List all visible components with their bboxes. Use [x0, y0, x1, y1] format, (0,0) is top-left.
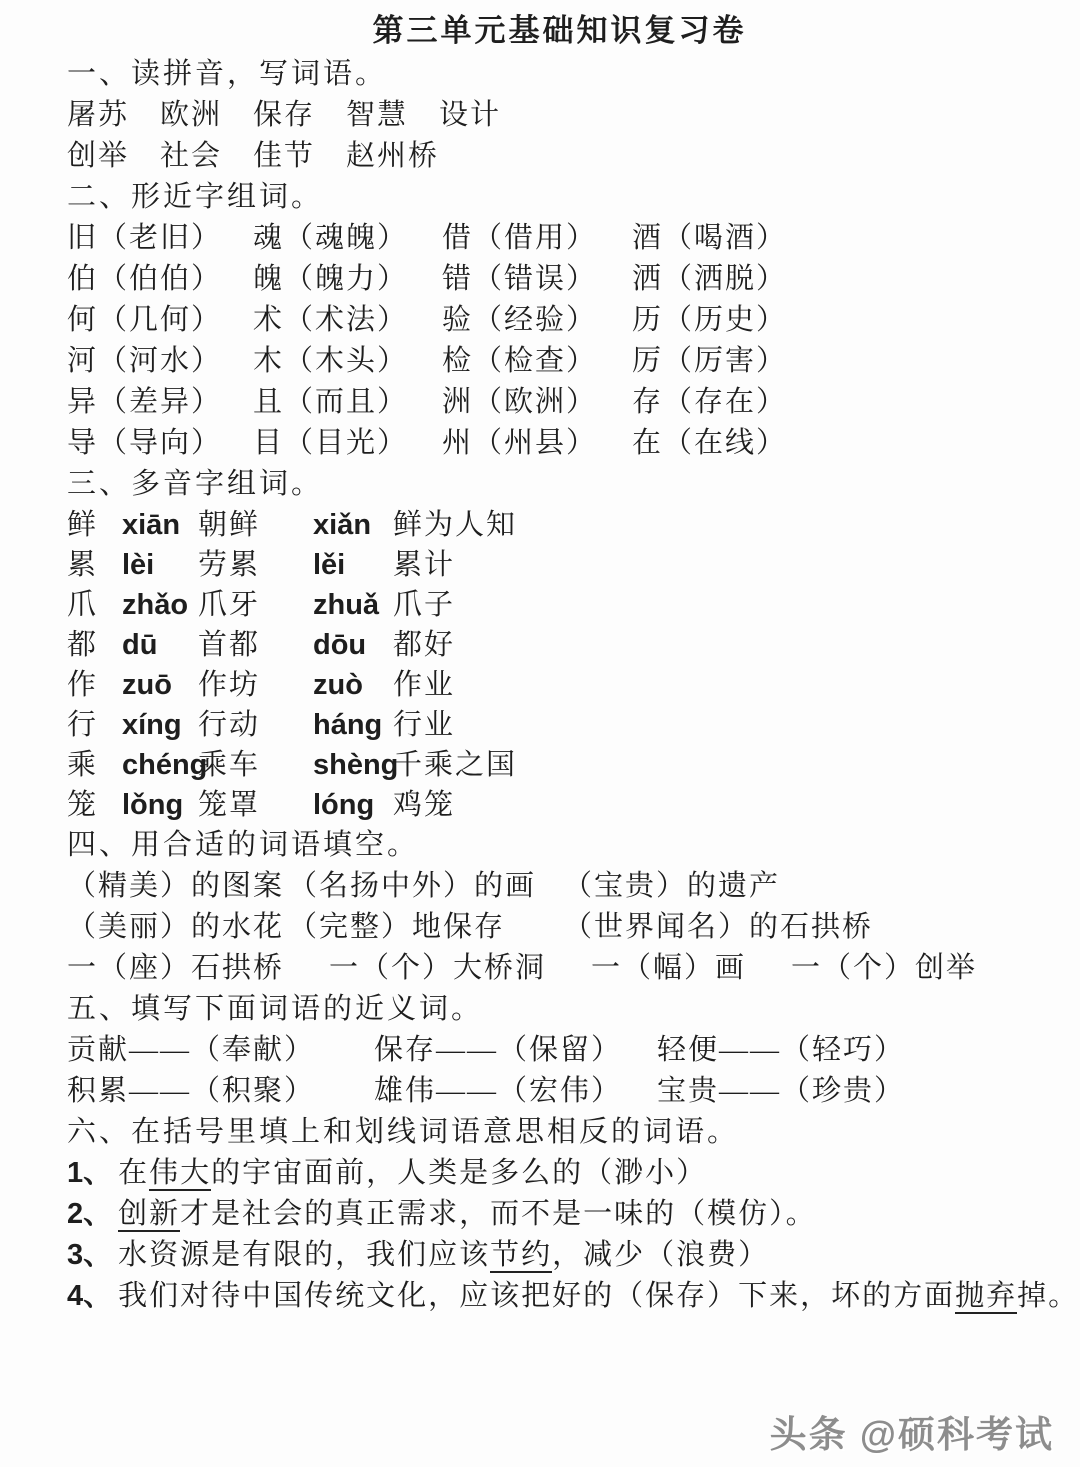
polyphone-row: 作 zuō 作坊 zuò 作业 — [67, 665, 1052, 705]
char-pair-cell: 洒（洒脱） — [632, 259, 1052, 300]
word: 劳累 — [198, 545, 313, 585]
underlined-word: 节约 — [490, 1239, 552, 1273]
section-6-heading: 六、在括号里填上和划线词语意思相反的词语。 — [67, 1112, 1052, 1153]
polyphone-row: 都 dū 首都 dōu 都好 — [67, 625, 1052, 665]
polyphone-char: 作 — [67, 665, 122, 705]
sentence-part: 才是社会的真正需求，而不是一味的（模仿）。 — [180, 1198, 817, 1230]
pinyin: zuò — [313, 665, 393, 705]
pinyin: zuō — [122, 665, 198, 705]
polyphone-char: 乘 — [67, 745, 122, 785]
sentence-number: 1、 — [67, 1153, 112, 1194]
pinyin: zhuǎ — [313, 585, 393, 625]
polyphone-row: 行 xíng 行动 háng 行业 — [67, 705, 1052, 745]
char-pair-cell: 历（历史） — [632, 300, 1052, 341]
sentence-text: 我们对待中国传统文化，应该把好的（保存）下来，坏的方面抛弃掉。 — [118, 1276, 1079, 1317]
pinyin: shèng — [313, 745, 393, 785]
fill-blank-cell: （名扬中外）的画 — [288, 866, 563, 907]
char-pair-cell: 魄（魄力） — [253, 259, 442, 300]
section-5-heading: 五、填写下面词语的近义词。 — [67, 989, 1052, 1030]
underlined-word: 创新 — [118, 1198, 180, 1232]
char-pair-cell: 在（在线） — [632, 423, 1052, 464]
fill-blank-cell: 一（个）创举 — [791, 948, 1052, 989]
synonym-row: 贡献——（奉献） 保存——（保留） 轻便——（轻巧） — [67, 1030, 1052, 1071]
sentence-part: 掉。 — [1017, 1280, 1079, 1312]
polyphone-char: 累 — [67, 545, 122, 585]
char-pair-cell: 州（州县） — [442, 423, 632, 464]
antonym-sentence: 1、 在伟大的宇宙面前，人类是多么的（渺小） — [67, 1153, 1052, 1194]
char-pair-cell: 洲（欧洲） — [442, 382, 632, 423]
char-pair-cell: 旧（老旧） — [67, 218, 253, 259]
polyphone-char: 都 — [67, 625, 122, 665]
polyphone-char: 行 — [67, 705, 122, 745]
word: 乘车 — [198, 745, 313, 785]
sentence-number: 4、 — [67, 1276, 112, 1317]
char-pair-cell: 导（导向） — [67, 423, 253, 464]
char-pair-cell: 伯（伯伯） — [67, 259, 253, 300]
pinyin-word-line-1: 屠苏 欧洲 保存 智慧 设计 — [67, 95, 1052, 136]
fill-blank-cell: （宝贵）的遗产 — [563, 866, 1052, 907]
char-pair-cell: 异（差异） — [67, 382, 253, 423]
polyphone-row: 爪 zhǎo 爪牙 zhuǎ 爪子 — [67, 585, 1052, 625]
polyphone-char: 笼 — [67, 785, 122, 825]
worksheet-page: 第三单元基础知识复习卷 一、读拼音，写词语。 屠苏 欧洲 保存 智慧 设计 创举… — [0, 0, 1080, 1467]
char-pair-cell: 木（木头） — [253, 341, 442, 382]
watermark: 头条 @硕科考试 — [770, 1404, 1054, 1458]
sentence-number: 2、 — [67, 1194, 112, 1235]
near-form-row: 何（几何） 术（术法） 验（经验） 历（历史） — [67, 300, 1052, 341]
polyphone-char: 鲜 — [67, 505, 122, 545]
char-pair-cell: 且（而且） — [253, 382, 442, 423]
sentence-part: 的宇宙面前，人类是多么的（渺小） — [211, 1157, 707, 1189]
synonym-pair-cell: 雄伟——（宏伟） — [374, 1071, 657, 1112]
word: 爪子 — [393, 585, 1052, 625]
antonym-sentence: 4、 我们对待中国传统文化，应该把好的（保存）下来，坏的方面抛弃掉。 — [67, 1276, 1052, 1317]
polyphone-row: 乘 chéng 乘车 shèng 千乘之国 — [67, 745, 1052, 785]
pinyin: dū — [122, 625, 198, 665]
char-pair-cell: 存（存在） — [632, 382, 1052, 423]
near-form-row: 导（导向） 目（目光） 州（州县） 在（在线） — [67, 423, 1052, 464]
polyphone-row: 累 lèi 劳累 lěi 累计 — [67, 545, 1052, 585]
fill-blank-cell: 一（个）大桥洞 — [329, 948, 591, 989]
pinyin: xiǎn — [313, 505, 393, 545]
fill-blank-cell: （完整）地保存 — [288, 907, 563, 948]
sentence-part: 我们对待中国传统文化，应该把好的（保存）下来，坏的方面 — [118, 1280, 955, 1312]
pinyin: háng — [313, 705, 393, 745]
doc-title: 第三单元基础知识复习卷 — [67, 8, 1052, 54]
pinyin: zhǎo — [122, 585, 198, 625]
fill-blank-cell: 一（幅）画 — [591, 948, 791, 989]
synonym-pair-cell: 轻便——（轻巧） — [657, 1030, 1052, 1071]
char-pair-cell: 酒（喝酒） — [632, 218, 1052, 259]
char-pair-cell: 河（河水） — [67, 341, 253, 382]
near-form-row: 河（河水） 木（木头） 检（检查） 厉（厉害） — [67, 341, 1052, 382]
word: 作业 — [393, 665, 1052, 705]
section-1-heading: 一、读拼音，写词语。 — [67, 54, 1052, 95]
pinyin-word-line-2: 创举 社会 佳节 赵州桥 — [67, 136, 1052, 177]
pinyin: xíng — [122, 705, 198, 745]
char-pair-cell: 厉（厉害） — [632, 341, 1052, 382]
char-pair-cell: 检（检查） — [442, 341, 632, 382]
fill-blank-row: 一（座）石拱桥 一（个）大桥洞 一（幅）画 一（个）创举 — [67, 948, 1052, 989]
pinyin: lèi — [122, 545, 198, 585]
word: 爪牙 — [198, 585, 313, 625]
char-pair-cell: 错（错误） — [442, 259, 632, 300]
word: 朝鲜 — [198, 505, 313, 545]
char-pair-cell: 魂（魂魄） — [253, 218, 442, 259]
word: 都好 — [393, 625, 1052, 665]
pinyin: xiān — [122, 505, 198, 545]
pinyin: lǒng — [122, 785, 198, 825]
char-pair-cell: 术（术法） — [253, 300, 442, 341]
synonym-pair-cell: 积累——（积聚） — [67, 1071, 374, 1112]
word: 笼罩 — [198, 785, 313, 825]
near-form-row: 异（差异） 且（而且） 洲（欧洲） 存（存在） — [67, 382, 1052, 423]
word: 累计 — [393, 545, 1052, 585]
fill-blank-row: （美丽）的水花 （完整）地保存 （世界闻名）的石拱桥 — [67, 907, 1052, 948]
synonym-pair-cell: 保存——（保留） — [374, 1030, 657, 1071]
fill-blank-cell: （世界闻名）的石拱桥 — [563, 907, 1052, 948]
word: 行业 — [393, 705, 1052, 745]
char-pair-cell: 借（借用） — [442, 218, 632, 259]
synonym-row: 积累——（积聚） 雄伟——（宏伟） 宝贵——（珍贵） — [67, 1071, 1052, 1112]
char-pair-cell: 目（目光） — [253, 423, 442, 464]
char-pair-cell: 何（几何） — [67, 300, 253, 341]
near-form-row: 旧（老旧） 魂（魂魄） 借（借用） 酒（喝酒） — [67, 218, 1052, 259]
fill-blank-cell: （美丽）的水花 — [67, 907, 288, 948]
pinyin: lóng — [313, 785, 393, 825]
pinyin: chéng — [122, 745, 198, 785]
synonym-pair-cell: 宝贵——（珍贵） — [657, 1071, 1052, 1112]
underlined-word: 抛弃 — [955, 1280, 1017, 1314]
word: 首都 — [198, 625, 313, 665]
fill-blank-row: （精美）的图案 （名扬中外）的画 （宝贵）的遗产 — [67, 866, 1052, 907]
sentence-text: 创新才是社会的真正需求，而不是一味的（模仿）。 — [118, 1194, 817, 1235]
synonym-pair-cell: 贡献——（奉献） — [67, 1030, 374, 1071]
underlined-word: 伟大 — [149, 1157, 211, 1191]
word: 鸡笼 — [393, 785, 1052, 825]
word: 行动 — [198, 705, 313, 745]
antonym-sentence: 3、 水资源是有限的，我们应该节约，减少（浪费） — [67, 1235, 1052, 1276]
polyphone-char: 爪 — [67, 585, 122, 625]
sentence-part: 在 — [118, 1157, 149, 1189]
sentence-number: 3、 — [67, 1235, 112, 1276]
word: 千乘之国 — [393, 745, 1052, 785]
sentence-part: 水资源是有限的，我们应该 — [118, 1239, 490, 1271]
polyphone-row: 笼 lǒng 笼罩 lóng 鸡笼 — [67, 785, 1052, 825]
word: 鲜为人知 — [393, 505, 1052, 545]
near-form-row: 伯（伯伯） 魄（魄力） 错（错误） 洒（洒脱） — [67, 259, 1052, 300]
section-4-heading: 四、用合适的词语填空。 — [67, 825, 1052, 866]
fill-blank-cell: 一（座）石拱桥 — [67, 948, 329, 989]
sentence-text: 水资源是有限的，我们应该节约，减少（浪费） — [118, 1235, 769, 1276]
antonym-sentence: 2、 创新才是社会的真正需求，而不是一味的（模仿）。 — [67, 1194, 1052, 1235]
sentence-text: 在伟大的宇宙面前，人类是多么的（渺小） — [118, 1153, 707, 1194]
word: 作坊 — [198, 665, 313, 705]
pinyin: lěi — [313, 545, 393, 585]
fill-blank-cell: （精美）的图案 — [67, 866, 288, 907]
pinyin: dōu — [313, 625, 393, 665]
section-3-heading: 三、多音字组词。 — [67, 464, 1052, 505]
polyphone-row: 鲜 xiān 朝鲜 xiǎn 鲜为人知 — [67, 505, 1052, 545]
section-2-heading: 二、形近字组词。 — [67, 177, 1052, 218]
sentence-part: ，减少（浪费） — [552, 1239, 769, 1271]
char-pair-cell: 验（经验） — [442, 300, 632, 341]
